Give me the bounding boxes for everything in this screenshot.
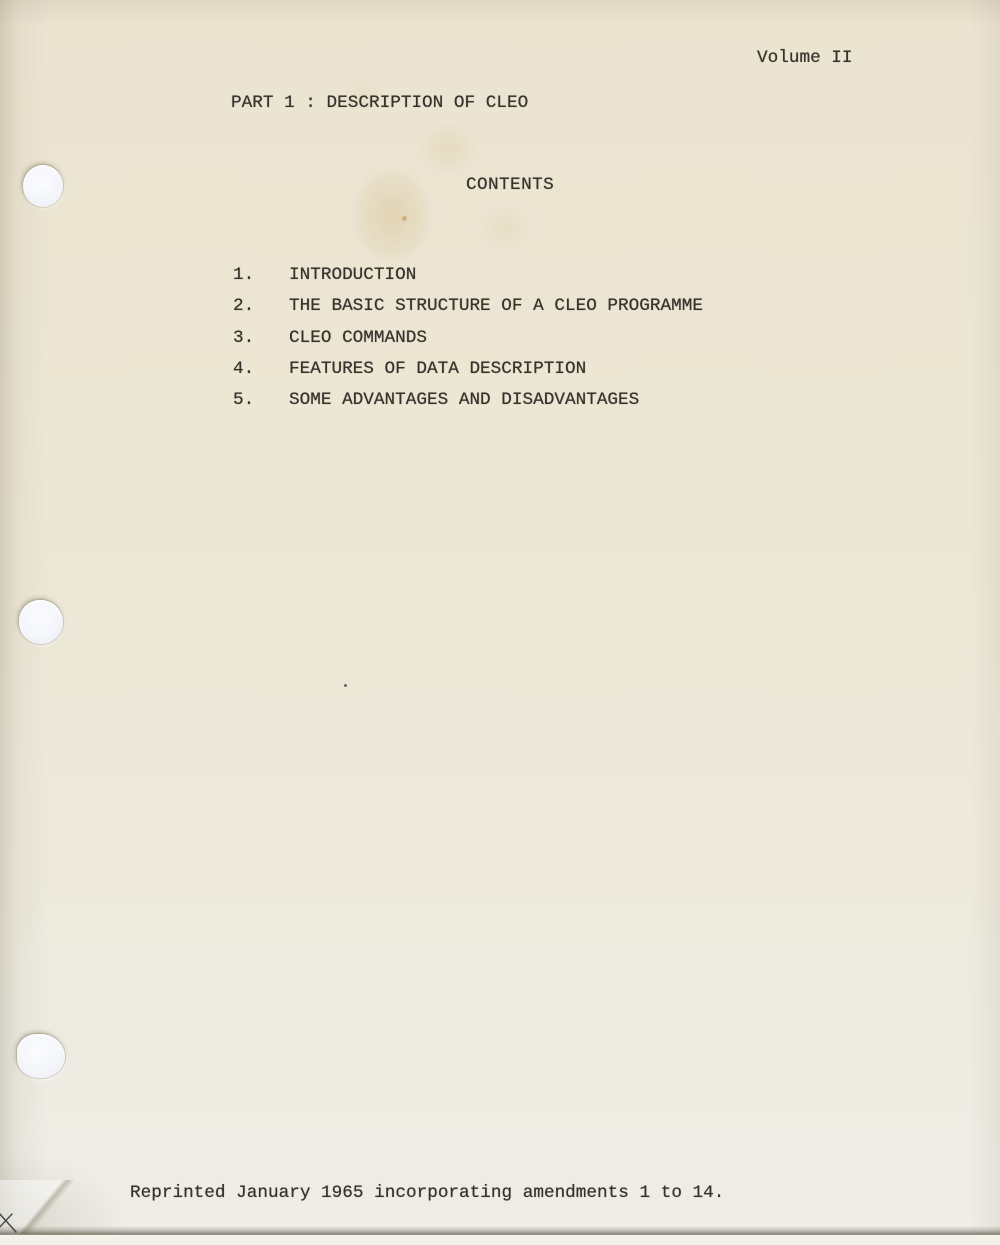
- toc-item-label: CLEO COMMANDS: [289, 328, 427, 348]
- toc-item-cleo-commands: 3. CLEO COMMANDS: [233, 328, 427, 348]
- toc-item-number: 3.: [233, 328, 289, 348]
- stain-dot: [402, 216, 407, 221]
- scanned-document-page: Volume II PART 1 : DESCRIPTION OF CLEO C…: [0, 0, 1000, 1245]
- toc-item-data-description: 4. FEATURES OF DATA DESCRIPTION: [233, 359, 586, 379]
- punch-hole-top: [23, 165, 63, 207]
- volume-label: Volume II: [757, 48, 853, 68]
- contents-heading: CONTENTS: [466, 175, 554, 195]
- toc-item-number: 5.: [233, 390, 289, 410]
- underlying-page-sliver: [0, 1234, 1000, 1245]
- toc-item-label: THE BASIC STRUCTURE OF A CLEO PROGRAMME: [289, 296, 703, 316]
- page-bottom-edge: [0, 1226, 1000, 1234]
- reprint-note: Reprinted January 1965 incorporating ame…: [130, 1183, 724, 1203]
- punch-hole-middle: [19, 600, 63, 644]
- toc-item-introduction: 1. INTRODUCTION: [233, 265, 416, 285]
- toc-item-basic-structure: 2. THE BASIC STRUCTURE OF A CLEO PROGRAM…: [233, 296, 703, 316]
- toc-item-number: 4.: [233, 359, 289, 379]
- part-title: PART 1 : DESCRIPTION OF CLEO: [231, 93, 528, 113]
- punch-hole-bottom: [17, 1034, 65, 1078]
- toc-item-number: 2.: [233, 296, 289, 316]
- toc-item-advantages: 5. SOME ADVANTAGES AND DISADVANTAGES: [233, 390, 639, 410]
- ink-speck: [344, 684, 347, 687]
- toc-item-label: SOME ADVANTAGES AND DISADVANTAGES: [289, 390, 639, 410]
- toc-item-number: 1.: [233, 265, 289, 285]
- toc-item-label: INTRODUCTION: [289, 265, 416, 285]
- toc-item-label: FEATURES OF DATA DESCRIPTION: [289, 359, 586, 379]
